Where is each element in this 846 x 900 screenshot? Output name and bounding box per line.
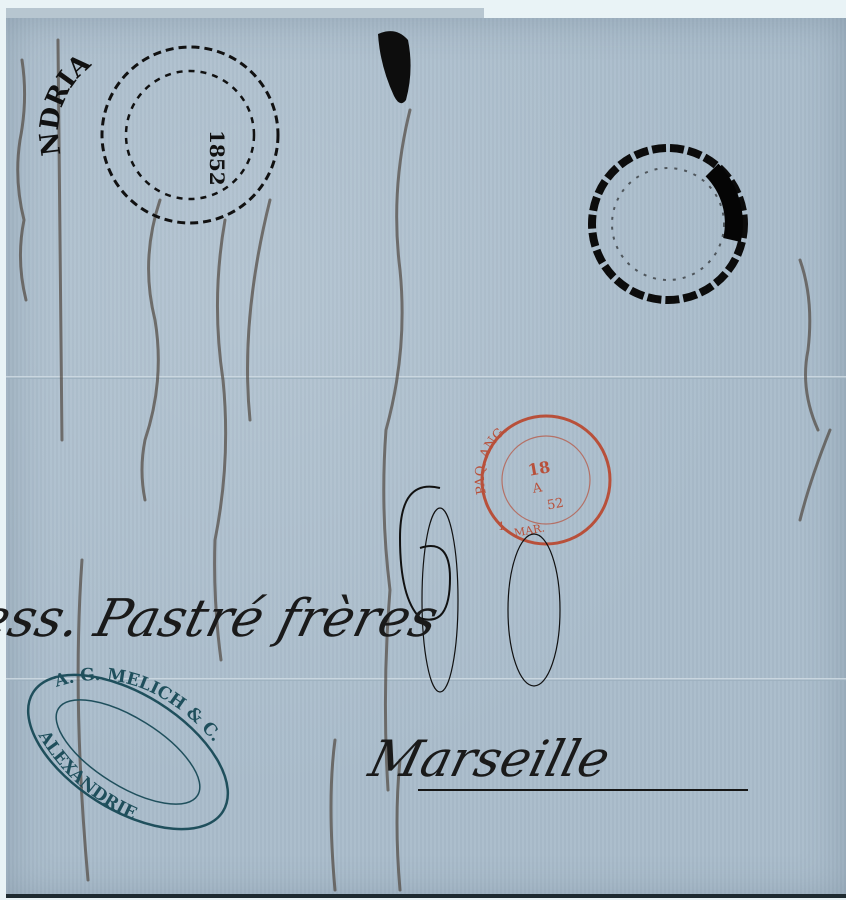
origin-postmark: NDRIA 1852 bbox=[35, 47, 278, 223]
svg-text:PAQ. ANG.: PAQ. ANG. bbox=[473, 422, 510, 495]
svg-text:52: 52 bbox=[546, 496, 565, 514]
transit-postmark bbox=[592, 148, 744, 300]
addressee-name: Mess. Pastré frères bbox=[0, 589, 444, 649]
svg-text:ALEXANDRIE: ALEXANDRIE bbox=[33, 726, 139, 824]
svg-text:1: 1 bbox=[498, 520, 505, 533]
entry-postmark-day: 18 bbox=[526, 457, 551, 480]
origin-postmark-year: 1852 bbox=[205, 130, 229, 186]
svg-text:A: A bbox=[530, 480, 543, 497]
entry-postmark: PAQ. ANG. 18 A 52 MAR. 1 bbox=[473, 416, 610, 544]
svg-text:NDRIA: NDRIA bbox=[35, 48, 98, 158]
address-city: Marseille bbox=[363, 730, 616, 788]
forwarder-cachet: A. G. MELICH & C. ALEXANDRIE bbox=[2, 643, 253, 860]
address-block: Mess. Pastré frères Marseille bbox=[0, 589, 748, 790]
ink-blot bbox=[378, 31, 411, 103]
ink-layer: NDRIA 1852 PAQ. ANG. 18 A 52 MAR. 1 6 A.… bbox=[0, 0, 846, 900]
